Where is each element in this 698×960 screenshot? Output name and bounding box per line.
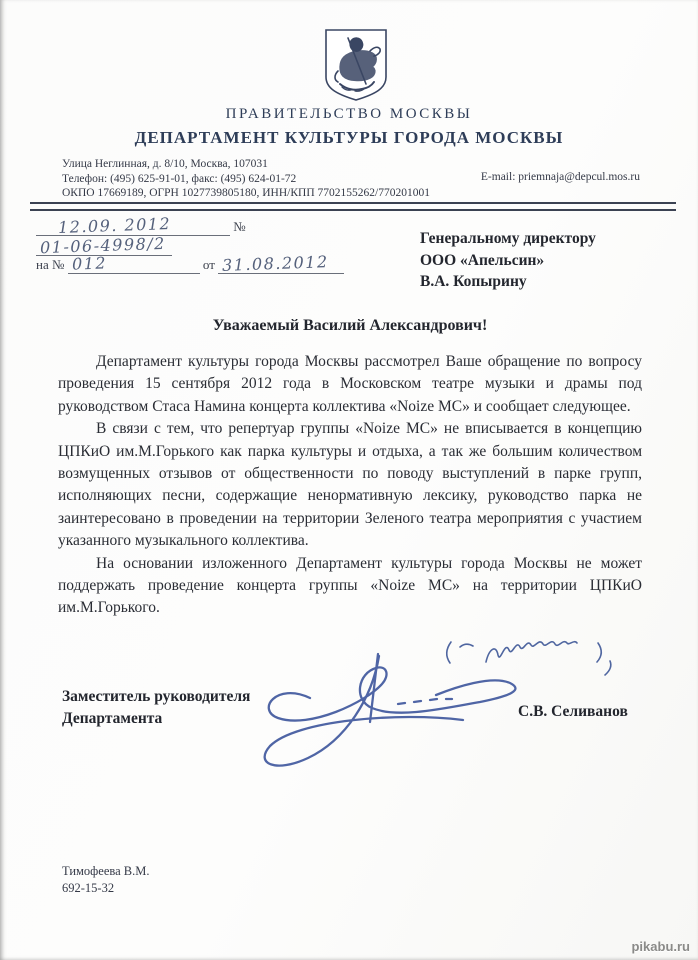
letterhead-address: Улица Неглинная, д. 8/10, Москва, 107031: [62, 157, 482, 172]
executor-name: Тимофеева В.М.: [62, 863, 149, 880]
watermark: pikabu.ru: [631, 939, 690, 954]
signer-position: Заместитель руководителя Департамента: [62, 686, 250, 730]
number-label: №: [233, 219, 245, 234]
executor-phone: 692-15-32: [62, 880, 149, 897]
reference-row-incoming: на № 012 от 31.08.2012: [36, 254, 376, 292]
recipient-name: В.А. Копырину: [420, 271, 596, 293]
incoming-number-handwritten: 012: [71, 253, 107, 273]
recipient-company: ООО «Апельсин»: [420, 250, 596, 272]
letterhead-registration: ОКПО 17669189, ОГРН 1027739805180, ИНН/К…: [62, 186, 482, 201]
signer-name: С.В. Селиванов: [518, 703, 628, 721]
letterhead-contacts: Улица Неглинная, д. 8/10, Москва, 107031…: [62, 157, 482, 201]
paragraph-1: Департамент культуры города Москвы рассм…: [58, 351, 642, 418]
paragraph-2: В связи с тем, что репертуар группы «Noi…: [58, 418, 642, 552]
letterhead-phone-fax: Телефон: (495) 625-91-01, факс: (495) 62…: [62, 172, 482, 187]
recipient-position: Генеральному директору: [420, 228, 596, 250]
reference-row-outgoing: 12.09. 2012 № 01-06-4998/2: [36, 216, 376, 254]
recipient-block: Генеральному директору ООО «Апельсин» В.…: [420, 228, 596, 293]
signer-position-line1: Заместитель руководителя: [62, 686, 250, 708]
reference-block: 12.09. 2012 № 01-06-4998/2 на № 012 от 3…: [36, 216, 376, 292]
from-label: от: [203, 257, 215, 272]
department-title: ДЕПАРТАМЕНТ КУЛЬТУРЫ ГОРОДА МОСКВЫ: [0, 128, 698, 148]
government-title: ПРАВИТЕЛЬСТВО МОСКВЫ: [0, 106, 698, 123]
moscow-coat-of-arms-icon: [320, 27, 392, 103]
incoming-date-handwritten: 31.08.2012: [222, 252, 329, 275]
paragraph-3: На основании изложенного Департамент кул…: [58, 553, 642, 620]
letter-body: Департамент культуры города Москвы рассм…: [58, 351, 642, 620]
scanned-letter-page: ПРАВИТЕЛЬСТВО МОСКВЫ ДЕПАРТАМЕНТ КУЛЬТУР…: [0, 0, 698, 960]
letterhead-email: E-mail: priemnaja@depcul.mos.ru: [481, 171, 640, 183]
letterhead-divider: [30, 202, 676, 211]
salutation: Уважаемый Василий Александрович!: [60, 317, 640, 335]
signature-icon: [248, 640, 538, 790]
executor-block: Тимофеева В.М. 692-15-32: [62, 863, 149, 897]
incoming-label: на №: [36, 257, 64, 272]
signer-position-line2: Департамента: [62, 708, 250, 730]
